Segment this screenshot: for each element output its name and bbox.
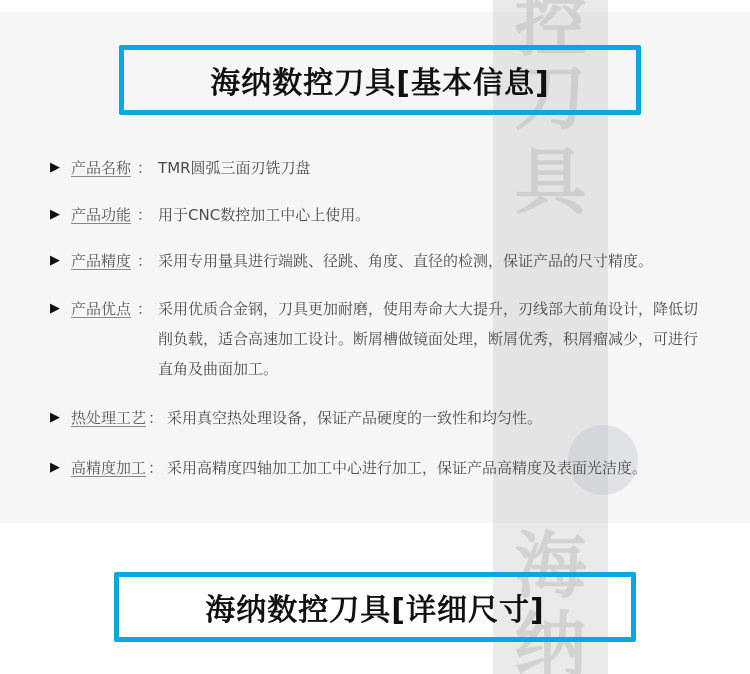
info-label: 热处理工艺 [71, 403, 146, 433]
info-item-high-precision: ▶ 高精度加工 ： 采用高精度四轴加工加工中心进行加工，保证产品高精度及表面光洁… [50, 453, 710, 483]
info-label: 产品精度 [71, 246, 131, 276]
bullet-arrow-icon: ▶ [50, 403, 71, 433]
info-label: 产品优点 [71, 294, 131, 324]
info-colon: ： [131, 153, 158, 183]
info-value: TMR圆弧三面刃铣刀盘 [158, 153, 710, 183]
info-value: 采用优质合金钢，刀具更加耐磨，使用寿命大大提升，刃线部大前角设计，降低切削负载，… [158, 294, 710, 384]
info-colon: ： [131, 246, 158, 276]
info-label: 高精度加工 [71, 453, 146, 483]
info-item-advantages: ▶ 产品优点 ： 采用优质合金钢，刀具更加耐磨，使用寿命大大提升，刃线部大前角设… [50, 294, 710, 384]
bullet-arrow-icon: ▶ [50, 153, 71, 183]
info-colon: ： [131, 200, 158, 230]
info-value: 采用专用量具进行端跳、径跳、角度、直径的检测，保证产品的尺寸精度。 [158, 246, 710, 276]
info-item-precision: ▶ 产品精度 ： 采用专用量具进行端跳、径跳、角度、直径的检测，保证产品的尺寸精… [50, 246, 710, 276]
info-colon: ： [146, 453, 167, 483]
info-value: 采用高精度四轴加工加工中心进行加工，保证产品高精度及表面光洁度。 [167, 453, 710, 483]
info-label: 产品功能 [71, 200, 131, 230]
basic-info-title: 海纳数控刀具[基本信息] [210, 58, 549, 102]
basic-info-title-box: 海纳数控刀具[基本信息] [119, 45, 641, 115]
info-item-name: ▶ 产品名称 ： TMR圆弧三面刃铣刀盘 [50, 153, 710, 183]
info-value: 采用真空热处理设备，保证产品硬度的一致性和均匀性。 [167, 403, 710, 433]
bullet-arrow-icon: ▶ [50, 453, 71, 483]
info-item-heat-treatment: ▶ 热处理工艺 ： 采用真空热处理设备，保证产品硬度的一致性和均匀性。 [50, 403, 710, 433]
info-value: 用于CNC数控加工中心上使用。 [158, 200, 710, 230]
size-title-box: 海纳数控刀具[详细尺寸] [114, 572, 636, 642]
top-spacer [0, 0, 750, 12]
bullet-arrow-icon: ▶ [50, 246, 71, 276]
bullet-arrow-icon: ▶ [50, 294, 71, 324]
info-label: 产品名称 [71, 153, 131, 183]
info-colon: ： [131, 294, 158, 324]
size-title: 海纳数控刀具[详细尺寸] [205, 585, 544, 629]
info-colon: ： [146, 403, 167, 433]
info-item-function: ▶ 产品功能 ： 用于CNC数控加工中心上使用。 [50, 200, 710, 230]
bullet-arrow-icon: ▶ [50, 200, 71, 230]
